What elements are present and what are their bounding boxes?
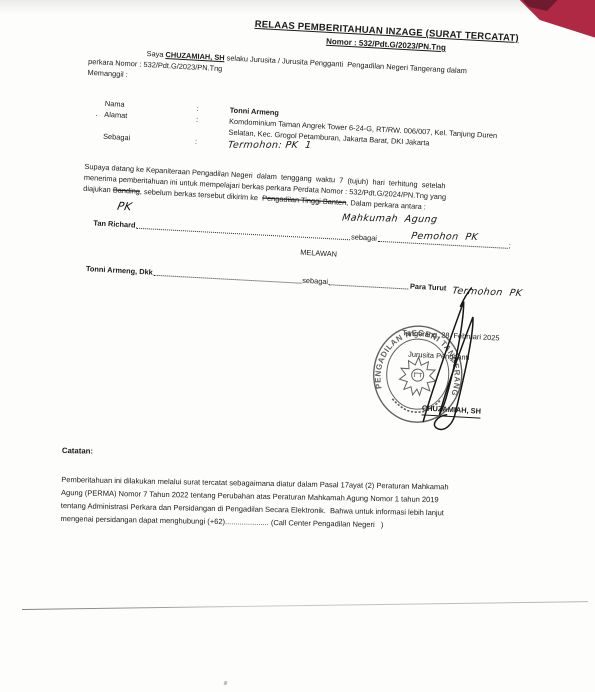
colon: : — [195, 136, 229, 149]
scanned-court-document: RELAAS PEMBERITAHUAN INZAGE (SURAT TERCA… — [0, 0, 595, 692]
page-fold-scan-line — [22, 601, 588, 610]
intro-pre: Saya — [146, 49, 165, 59]
handwritten-termohon-pk-1: Termohon: PK 1 — [227, 140, 312, 151]
party-one-name: Tan Richard — [93, 217, 136, 230]
colon: : — [195, 114, 229, 138]
party-two-name: Tonni Armeng, Dkk — [86, 263, 153, 278]
handwritten-pk: PK — [116, 201, 133, 213]
dotted-leader — [136, 226, 350, 241]
sebagai-word: sebagai — [302, 275, 328, 287]
struck-phrase-pengadilan-tinggi-banten: Pengadilan Tinggi Banten — [262, 193, 347, 207]
summoned-party-fields: Nama : Tonni Armeng ·Alamat : Komdominiu… — [103, 98, 515, 164]
scan-speck — [223, 681, 227, 686]
handwritten-mahkamah-agung: Mahkumah Agung — [341, 213, 438, 226]
document-body: RELAAS PEMBERITAHUAN INZAGE (SURAT TERCA… — [31, 8, 529, 473]
summons-paragraph: Supaya datang ke Kepaniteraan Pengadilan… — [83, 161, 521, 218]
struck-word-banding: Banding — [113, 185, 141, 195]
semicolon: ; — [508, 240, 511, 251]
handwritten-pemohon-pk: Pemohon PK — [410, 231, 478, 243]
stray-bullet-mark: · — [95, 109, 98, 120]
catatan-section: Catatan: Pemberitahuan ini dilakukan mel… — [60, 444, 521, 534]
sebagai-word: sebagai — [351, 231, 377, 243]
signature-block: Tangerang, 28 Februari 2025 Jurusita Pen… — [375, 326, 527, 366]
dotted-leader — [154, 273, 302, 284]
